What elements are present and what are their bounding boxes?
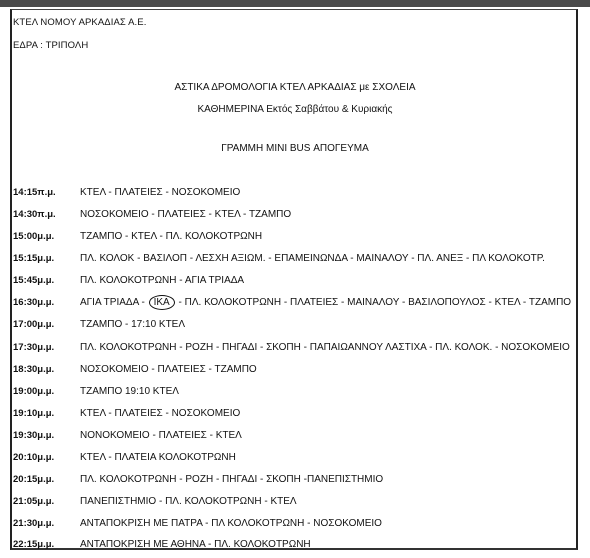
route-stops: ΤΖΑΜΠΟ 19:10 ΚΤΕΛ xyxy=(80,386,179,397)
departure-time: 19:10μ.μ. xyxy=(13,408,80,419)
route-stops: ΠΛ. ΚΟΛΟΚΟΤΡΩΝΗ - ΡΟΖΗ - ΠΗΓΑΔΙ - ΣΚΟΠΗ … xyxy=(80,342,570,353)
route-stops: ΠΛ. ΚΟΛΟΚΟΤΡΩΝΗ - ΑΓΙΑ ΤΡΙΑΔΑ xyxy=(80,275,244,286)
departure-time: 22:15μ.μ. xyxy=(13,539,80,550)
departure-time: 20:10μ.μ. xyxy=(13,452,80,463)
schedule-row: 19:10μ.μ. ΚΤΕΛ - ΠΛΑΤΕΙΕΣ - ΝΟΣΟΚΟΜΕΙΟ xyxy=(13,406,240,420)
viewer-top-bar xyxy=(0,0,590,7)
route-stops: ΚΤΕΛ - ΠΛΑΤΕΙΑ ΚΟΛΟΚΟΤΡΩΝΗ xyxy=(80,452,236,463)
route-stops-before: ΑΓΙΑ ΤΡΙΑΔΑ - xyxy=(80,297,145,308)
departure-time: 20:15μ.μ. xyxy=(13,474,80,485)
circled-stop-annotation: ΙΚΑ xyxy=(149,295,175,310)
company-seat: ΕΔΡΑ : ΤΡΙΠΟΛΗ xyxy=(13,40,88,51)
departure-time: 16:30μ.μ. xyxy=(13,297,80,308)
schedule-row: 14:15π.μ. ΚΤΕΛ - ΠΛΑΤΕΙΕΣ - ΝΟΣΟΚΟΜΕΙΟ xyxy=(13,185,240,199)
departure-time: 21:30μ.μ. xyxy=(13,518,80,529)
route-stops: ΠΑΝΕΠΙΣΤΗΜΙΟ - ΠΛ. ΚΟΛΟΚΟΤΡΩΝΗ - ΚΤΕΛ xyxy=(80,496,297,507)
route-stops: ΑΝΤΑΠΟΚΡΙΣΗ ΜΕ ΑΘΗΝΑ - ΠΛ. ΚΟΛΟΚΟΤΡΩΝΗ xyxy=(80,539,311,550)
company-name: ΚΤΕΛ ΝΟΜΟΥ ΑΡΚΑΔΙΑΣ Α.Ε. xyxy=(13,17,146,28)
route-stops: ΑΓΙΑ ΤΡΙΑΔΑ - ΙΚΑ - ΠΛ. ΚΟΛΟΚΟΤΡΩΝΗ - ΠΛ… xyxy=(80,295,571,310)
route-stops: ΝΟΣΟΚΟΜΕΙΟ - ΠΛΑΤΕΙΕΣ - ΚΤΕΛ - ΤΖΑΜΠΟ xyxy=(80,209,291,220)
schedule-row: 21:30μ.μ. ΑΝΤΑΠΟΚΡΙΣΗ ΜΕ ΠΑΤΡΑ - ΠΛ ΚΟΛΟ… xyxy=(13,516,382,530)
schedule-row: 19:00μ.μ. ΤΖΑΜΠΟ 19:10 ΚΤΕΛ xyxy=(13,384,179,398)
departure-time: 15:45μ.μ. xyxy=(13,275,80,286)
line-name: ΓΡΑΜΜΗ MINI BUS ΑΠΟΓΕΥΜΑ xyxy=(0,143,590,154)
departure-time: 17:30μ.μ. xyxy=(13,342,80,353)
schedule-row: 18:30μ.μ. ΝΟΣΟΚΟΜΕΙΟ - ΠΛΑΤΕΙΕΣ - ΤΖΑΜΠΟ xyxy=(13,362,257,376)
schedule-row: 16:30μ.μ. ΑΓΙΑ ΤΡΙΑΔΑ - ΙΚΑ - ΠΛ. ΚΟΛΟΚΟ… xyxy=(13,295,571,309)
departure-time: 19:30μ.μ. xyxy=(13,430,80,441)
schedule-row: 22:15μ.μ. ΑΝΤΑΠΟΚΡΙΣΗ ΜΕ ΑΘΗΝΑ - ΠΛ. ΚΟΛ… xyxy=(13,537,311,551)
schedule-row: 20:15μ.μ. ΠΛ. ΚΟΛΟΚΟΤΡΩΝΗ - ΡΟΖΗ - ΠΗΓΑΔ… xyxy=(13,472,383,486)
schedule-row: 15:45μ.μ. ΠΛ. ΚΟΛΟΚΟΤΡΩΝΗ - ΑΓΙΑ ΤΡΙΑΔΑ xyxy=(13,273,244,287)
schedule-row: 19:30μ.μ. ΝΟΝΟΚΟΜΕΙΟ - ΠΛΑΤΕΙΕΣ - ΚΤΕΛ xyxy=(13,428,242,442)
schedule-row: 17:00μ.μ. ΤΖΑΜΠΟ - 17:10 ΚΤΕΛ xyxy=(13,317,185,331)
schedule-row: 20:10μ.μ. ΚΤΕΛ - ΠΛΑΤΕΙΑ ΚΟΛΟΚΟΤΡΩΝΗ xyxy=(13,450,236,464)
departure-time: 15:00μ.μ. xyxy=(13,231,80,242)
schedule-row: 15:00μ.μ. ΤΖΑΜΠΟ - ΚΤΕΛ - ΠΛ. ΚΟΛΟΚΟΤΡΩΝ… xyxy=(13,229,262,243)
schedule-row: 17:30μ.μ. ΠΛ. ΚΟΛΟΚΟΤΡΩΝΗ - ΡΟΖΗ - ΠΗΓΑΔ… xyxy=(13,340,570,354)
schedule-row: 14:30π.μ. ΝΟΣΟΚΟΜΕΙΟ - ΠΛΑΤΕΙΕΣ - ΚΤΕΛ -… xyxy=(13,207,291,221)
schedule-row: 15:15μ.μ. ΠΛ. ΚΟΛΟΚ - ΒΑΣΙΛΟΠ - ΛΕΣΧΗ ΑΞ… xyxy=(13,251,545,265)
route-stops: ΤΖΑΜΠΟ - 17:10 ΚΤΕΛ xyxy=(80,319,185,330)
route-stops: ΚΤΕΛ - ΠΛΑΤΕΙΕΣ - ΝΟΣΟΚΟΜΕΙΟ xyxy=(80,408,240,419)
departure-time: 18:30μ.μ. xyxy=(13,364,80,375)
schedule-row: 21:05μ.μ. ΠΑΝΕΠΙΣΤΗΜΙΟ - ΠΛ. ΚΟΛΟΚΟΤΡΩΝΗ… xyxy=(13,494,297,508)
route-stops: ΠΛ. ΚΟΛΟΚ - ΒΑΣΙΛΟΠ - ΛΕΣΧΗ ΑΞΙΩΜ. - ΕΠΑ… xyxy=(80,253,545,264)
departure-time: 19:00μ.μ. xyxy=(13,386,80,397)
departure-time: 15:15μ.μ. xyxy=(13,253,80,264)
route-stops: ΚΤΕΛ - ΠΛΑΤΕΙΕΣ - ΝΟΣΟΚΟΜΕΙΟ xyxy=(80,187,240,198)
route-stops: ΑΝΤΑΠΟΚΡΙΣΗ ΜΕ ΠΑΤΡΑ - ΠΛ ΚΟΛΟΚΟΤΡΩΝΗ - … xyxy=(80,518,382,529)
departure-time: 17:00μ.μ. xyxy=(13,319,80,330)
departure-time: 14:15π.μ. xyxy=(13,187,80,198)
route-stops: ΠΛ. ΚΟΛΟΚΟΤΡΩΝΗ - ΡΟΖΗ - ΠΗΓΑΔΙ - ΣΚΟΠΗ … xyxy=(80,474,383,485)
route-stops-after: - ΠΛ. ΚΟΛΟΚΟΤΡΩΝΗ - ΠΛΑΤΕΙΕΣ - ΜΑΙΝΑΛΟΥ … xyxy=(179,297,572,308)
departure-time: 14:30π.μ. xyxy=(13,209,80,220)
departure-time: 21:05μ.μ. xyxy=(13,496,80,507)
route-stops: ΝΟΝΟΚΟΜΕΙΟ - ΠΛΑΤΕΙΕΣ - ΚΤΕΛ xyxy=(80,430,242,441)
route-stops: ΤΖΑΜΠΟ - ΚΤΕΛ - ΠΛ. ΚΟΛΟΚΟΤΡΩΝΗ xyxy=(80,231,262,242)
route-stops: ΝΟΣΟΚΟΜΕΙΟ - ΠΛΑΤΕΙΕΣ - ΤΖΑΜΠΟ xyxy=(80,364,257,375)
schedule-days: ΚΑΘΗΜΕΡΙΝΑ Εκτός Σαββάτου & Κυριακής xyxy=(0,104,590,115)
schedule-title: ΑΣΤΙΚΑ ΔΡΟΜΟΛΟΓΙΑ ΚΤΕΛ ΑΡΚΑΔΙΑΣ με ΣΧΟΛΕ… xyxy=(0,82,590,93)
